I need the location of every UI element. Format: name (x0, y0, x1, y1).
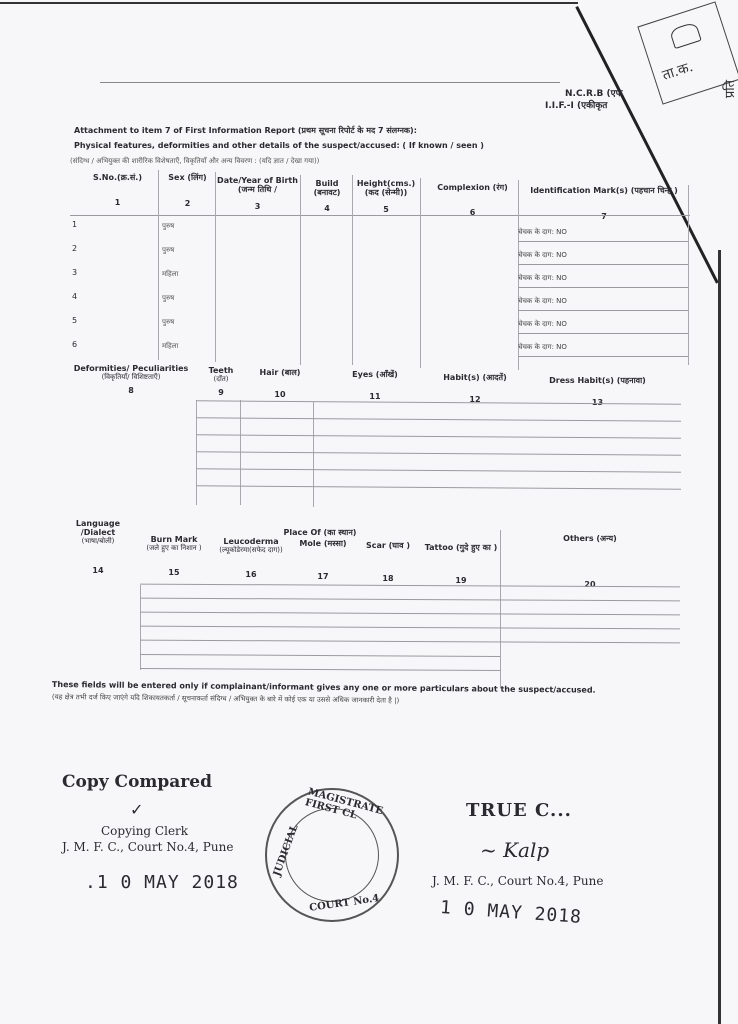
label-hi: (जले हुए का निशान ) (143, 544, 205, 553)
table-rule (196, 451, 681, 455)
col-header-height: Height(cms.) (कद (सेन्मी)) (352, 179, 420, 197)
cell-sex: पुरुष (162, 294, 174, 303)
table-rule (352, 175, 353, 365)
corner-stamp-text: ता.क. (660, 57, 696, 85)
table-rule (196, 400, 197, 505)
cell-id-mark: चेचक के दाग: NO (518, 297, 567, 306)
col-header-dress: Dress Habit(s) (पहनावा) (530, 376, 665, 385)
table-rule (140, 654, 500, 657)
col-num: 1 (80, 198, 155, 207)
table-rule (518, 264, 688, 265)
label-en: Teeth (200, 366, 242, 375)
table-rule (70, 215, 690, 216)
cell-sex: महिला (162, 270, 178, 279)
col-num: 11 (320, 392, 430, 401)
left-date-stamp: .1 0 MAY 2018 (85, 872, 239, 893)
col-header-mole: Mole (मस्सा) (292, 539, 354, 548)
true-copy-title: TRUE C... (466, 800, 572, 821)
col-num: 16 (212, 570, 290, 579)
cell-sno: 4 (72, 292, 77, 301)
col-header-habits: Habit(s) (आदतें) (425, 373, 525, 382)
col-header-leucoderma: Leucoderma (ल्यूकोडेरमा(सफेद दाग)) (212, 537, 290, 555)
table-rule (140, 640, 680, 644)
table-rule (518, 356, 688, 357)
table-rule (140, 668, 500, 671)
corner-stamp-side: प्रति (720, 80, 738, 98)
place-of-header: Place Of (का स्थान) (220, 528, 420, 537)
col-num: 15 (143, 568, 205, 577)
cell-sno: 2 (72, 244, 77, 253)
clerk-signature: ✓ (130, 800, 143, 819)
col-num: 18 (357, 574, 419, 583)
table-rule (420, 178, 421, 368)
col-num: 8 (62, 386, 200, 395)
table-rule (196, 434, 681, 438)
label-en: Leucoderma (212, 537, 290, 546)
cell-sex: पुरुष (162, 222, 174, 231)
table-rule (518, 241, 688, 242)
right-court-label: J. M. F. C., Court No.4, Pune (432, 874, 603, 888)
table-rule (196, 485, 681, 489)
section-subtitle: (संदिग्ध / अभियुक्त की शारीरिक विशेषताएँ… (70, 157, 319, 166)
right-date-stamp: 1 0 MAY 2018 (439, 897, 582, 928)
col-header-others: Others (अन्य) (520, 534, 660, 543)
table-rule (140, 612, 680, 616)
document-page: ता.क. प्रति N.C.R.B (एफ I.I.F.-I (एकीकृत… (0, 0, 738, 1024)
table-rule (518, 333, 688, 334)
col-num: 20 (520, 580, 660, 589)
col-header-teeth: Teeth (दाँत) (200, 366, 242, 384)
label-hi: (ल्यूकोडेरमा(सफेद दाग)) (212, 546, 290, 555)
cell-id-mark: चेचक के दाग: NO (518, 228, 567, 237)
cell-id-mark: चेचक के दाग: NO (518, 320, 567, 329)
col-header-complexion: Complexion (रंग) (425, 183, 520, 192)
col-header-burn: Burn Mark (जले हुए का निशान ) (143, 535, 205, 553)
label-en: Language /Dialect (58, 519, 138, 537)
page-fold-line (0, 2, 578, 4)
label-hi: (भाषा/बोली) (58, 537, 138, 546)
table-rule (500, 530, 501, 688)
signature: ~ Kalp (480, 838, 549, 862)
col-num: 19 (420, 576, 502, 585)
emblem-icon (669, 21, 702, 49)
cell-sno: 5 (72, 316, 77, 325)
iif-label: I.I.F.-I (एकीकृत (545, 98, 607, 111)
cell-sex: पुरुष (162, 318, 174, 327)
label-hi: (दाँत) (200, 375, 242, 384)
col-header-sex: Sex (लिंग) (160, 173, 215, 182)
col-num: 4 (303, 204, 351, 213)
col-header-sno: S.No.(क्र.सं.) (80, 173, 155, 182)
label-en: Deformities/ Peculiarities (62, 364, 200, 373)
col-header-language: Language /Dialect (भाषा/बोली) (58, 519, 138, 546)
label-en: Burn Mark (143, 535, 205, 544)
page-right-edge (718, 250, 721, 1024)
col-num: 14 (58, 566, 138, 575)
col-header-scar: Scar (घाव ) (357, 541, 419, 550)
col-header-deformities: Deformities/ Peculiarities (विकृतियाँ/ व… (62, 364, 200, 382)
header-rule (100, 82, 560, 83)
copy-compared-title: Copy Compared (62, 772, 212, 792)
copying-clerk-label: Copying Clerk (101, 824, 188, 838)
col-header-tattoo: Tattoo (गुदे हुए का ) (420, 543, 502, 552)
col-num: 5 (352, 205, 420, 214)
col-num: 7 (520, 212, 688, 221)
col-num: 2 (160, 199, 215, 208)
col-num: 9 (200, 388, 242, 397)
table-rule (158, 170, 159, 360)
cell-sno: 1 (72, 220, 77, 229)
table-rule (196, 417, 681, 421)
col-header-dob: Date/Year of Birth (जन्म तिथि / (215, 176, 300, 194)
cell-sex: महिला (162, 342, 178, 351)
cell-sno: 6 (72, 340, 77, 349)
col-header-eyes: Eyes (आँखें) (320, 370, 430, 379)
cell-id-mark: चेचक के दाग: NO (518, 274, 567, 283)
attachment-title: Attachment to item 7 of First Informatio… (74, 125, 417, 136)
col-header-idmark: Identification Mark(s) (पहचान चिन्ह ) (520, 186, 688, 195)
cell-id-mark: चेचक के दाग: NO (518, 343, 567, 352)
left-court-label: J. M. F. C., Court No.4, Pune (62, 840, 233, 854)
footnote-en: These fields will be entered only if com… (52, 680, 596, 695)
col-num: 10 (245, 390, 315, 399)
col-num: 17 (292, 572, 354, 581)
footnote-hi: (यह क्षेत्र तभी दर्ज किए जाएंगे यदि शिका… (52, 693, 399, 706)
label-hi: (विकृतियाँ/ विशिष्टताएँ) (62, 373, 200, 382)
cell-id-mark: चेचक के दाग: NO (518, 251, 567, 260)
table-rule (518, 287, 688, 288)
table-rule (196, 468, 681, 472)
table-rule (215, 172, 216, 362)
col-num: 3 (215, 202, 300, 211)
col-header-hair: Hair (बाल) (245, 368, 315, 377)
table-rule (300, 175, 301, 365)
table-rule (518, 310, 688, 311)
table-rule (140, 626, 680, 630)
table-rule (688, 185, 689, 365)
col-header-build: Build (बनावट) (303, 179, 351, 197)
cell-sex: पुरुष (162, 246, 174, 255)
table-rule (140, 598, 680, 602)
court-seal: MAGISTRATE FIRST CL JUDICIAL COURT No.4 (265, 788, 399, 922)
cell-sno: 3 (72, 268, 77, 277)
section-title: Physical features, deformities and other… (74, 141, 484, 150)
